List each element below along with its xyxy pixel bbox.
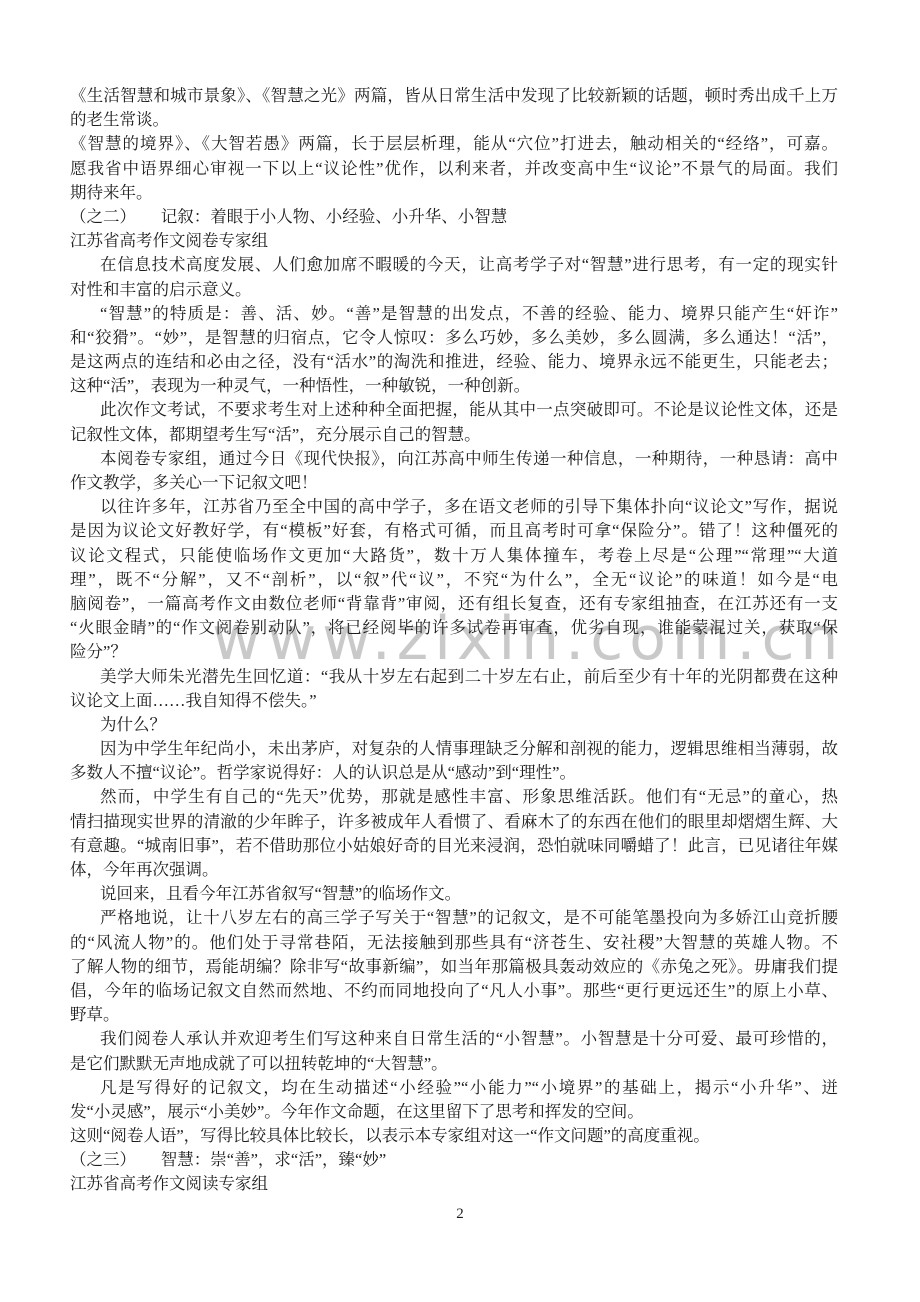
text-line: 是因为议论文好教好学，有“模板”好套，有格式可循，而且高考时可拿“保险分”。错了… [70,519,838,543]
text-line: 作文教学，多关心一下记叙文吧！ [70,471,838,495]
text-line: 本阅卷专家组，通过今日《现代快报》，向江苏高中师生传递一种信息，一种期待，一种恳… [70,447,838,471]
text-line: 了解人物的细节，焉能胡编？除非写“故事新编”，如当年那篇极具轰动效应的《赤兔之死… [70,955,838,979]
text-line: 美学大师朱光潜先生回忆道：“我从十岁左右起到二十岁左右止，前后至少有十年的光阴都… [70,665,838,689]
text-line: 凡是写得好的记叙文，均在生动描述“小经验”“小能力”“小境界”的基础上，揭示“小… [70,1076,838,1100]
text-line: 我们阅卷人承认并欢迎考生们写这种来自日常生活的“小智慧”。小智慧是十分可爱、最可… [70,1027,838,1051]
text-line: “火眼金睛”的“作文阅卷别动队”，将已经阅毕的许多试卷再审查，优劣自现，谁能蒙混… [70,616,838,640]
text-line: 议论文程式，只能使临场作文更加“大路货”，数十万人集体撞车，考卷上尽是“公理”“… [70,544,838,568]
text-line: 多数人不擅“议论”。哲学家说得好：人的认识总是从“感动”到“理性”。 [70,761,838,785]
text-line: 议论文上面……我自知得不偿失。” [70,689,838,713]
text-line: 这种“活”，表现为一种灵气，一种悟性，一种敏锐，一种创新。 [70,374,838,398]
text-line: 记叙性文体，都期望考生写“活”，充分展示自己的智慧。 [70,423,838,447]
text-line: 说回来，且看今年江苏省叙写“智慧”的临场作文。 [70,882,838,906]
text-line: 期待来年。 [70,181,838,205]
text-line: 严格地说，让十八岁左右的高三学子写关于“智慧”的记叙文，是不可能笔墨投向为多娇江… [70,906,838,930]
text-line: 这则“阅卷人语”，写得比较具体比较长，以表示本专家组对这一“作文问题”的高度重视… [70,1124,838,1148]
text-line: 发“小灵感”，展示“小美妙”。今年作文命题，在这里留下了思考和挥发的空间。 [70,1100,838,1124]
text-line: 然而，中学生有自己的“先天”优势，那就是感性丰富、形象思维活跃。他们有“无忌”的… [70,785,838,809]
text-line: 为什么？ [70,713,838,737]
text-line: 的“风流人物”的。他们处于寻常巷陌，无法接触到那些具有“济苍生、安社稷”大智慧的… [70,931,838,955]
text-line: 在信息技术高度发展、人们愈加席不暇暖的今天，让高考学子对“智慧”进行思考，有一定… [70,253,838,277]
text-line: 愿我省中语界细心审视一下以上“议论性”优作，以利来者，并改变高中生“议论”不景气… [70,157,838,181]
text-line: 体，今年再次强调。 [70,858,838,882]
text-line: 江苏省高考作文阅读专家组 [70,1172,838,1196]
text-line: 对性和丰富的启示意义。 [70,278,838,302]
text-line: 《智慧的境界》、《大智若愚》两篇，长于层层析理，能从“穴位”打进去，触动相关的“… [70,132,838,156]
page-number: 2 [0,1206,920,1223]
text-line: 是这两点的连结和必由之径，没有“活水”的淘洗和推进，经验、能力、境界永远不能更生… [70,350,838,374]
text-line: 以往许多年，江苏省乃至全中国的高中学子，多在语文老师的引导下集体扑向“议论文”写… [70,495,838,519]
text-line: （之二） 记叙：着眼于小人物、小经验、小升华、小智慧 [70,205,838,229]
text-line: 的老生常谈。 [70,108,838,132]
text-line: “智慧”的特质是：善、活、妙。“善”是智慧的出发点，不善的经验、能力、境界只能产… [70,302,838,326]
text-line: 此次作文考试，不要求考生对上述种种全面把握，能从其中一点突破即可。不论是议论性文… [70,398,838,422]
text-line: 情扫描现实世界的清澈的少年眸子，许多被成年人看惯了、看麻木了的东西在他们的眼里却… [70,810,838,834]
text-line: （之三） 智慧：崇“善”，求“活”，臻“妙” [70,1148,838,1172]
document-body: 《生活智慧和城市景象》、《智慧之光》两篇，皆从日常生活中发现了比较新颖的话题，顿… [70,84,838,1197]
text-line: 《生活智慧和城市景象》、《智慧之光》两篇，皆从日常生活中发现了比较新颖的话题，顿… [70,84,838,108]
text-line: 倡，今年的临场记叙文自然而然地、不约而同地投向了“凡人小事”。那些“更行更远还生… [70,979,838,1003]
text-line: 是它们默默无声地成就了可以扭转乾坤的“大智慧”。 [70,1052,838,1076]
document-page: www.zixin.com.cn 《生活智慧和城市景象》、《智慧之光》两篇，皆从… [0,0,920,1302]
text-line: 江苏省高考作文阅卷专家组 [70,229,838,253]
text-line: 险分”？ [70,640,838,664]
text-line: 和“狡猾”。“妙”，是智慧的归宿点，它令人惊叹：多么巧妙，多么美妙，多么圆满，多… [70,326,838,350]
text-line: 因为中学生年纪尚小，未出茅庐，对复杂的人情事理缺乏分解和剖视的能力，逻辑思维相当… [70,737,838,761]
text-line: 脑阅卷”，一篇高考作文由数位老师“背靠背”审阅，还有组长复查，还有专家组抽查，在… [70,592,838,616]
text-line: 理”，既不“分解”，又不“剖析”，以“叙”代“议”，不究“为什么”，全无“议论”… [70,568,838,592]
text-line: 野草。 [70,1003,838,1027]
text-line: 有意趣。“城南旧事”，若不借助那位小姑娘好奇的目光来浸润，恐怕就味同嚼蜡了！此言… [70,834,838,858]
